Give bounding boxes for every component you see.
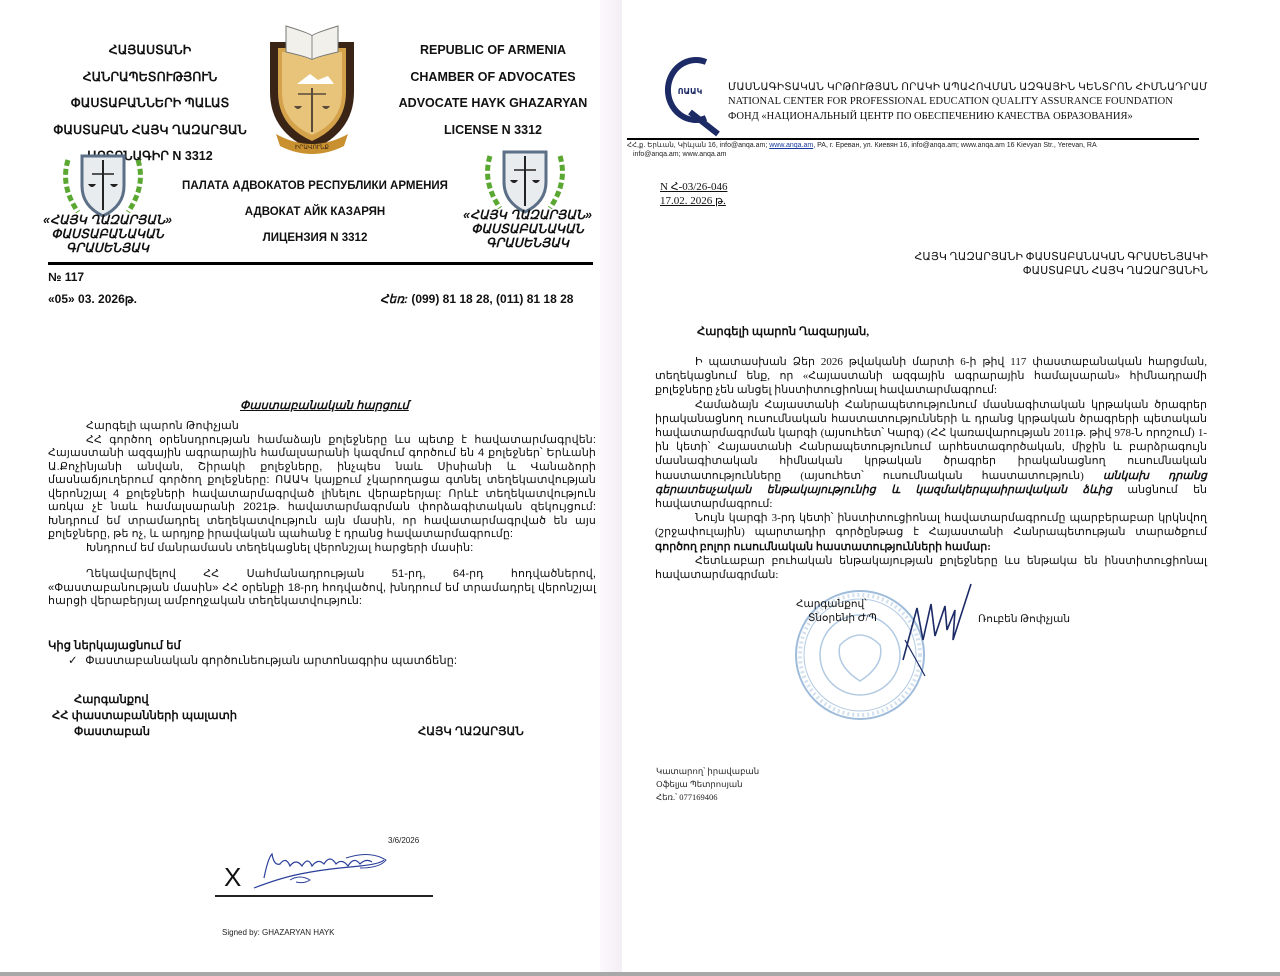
reference-date: 17.02. 2026 թ.	[660, 194, 727, 208]
org-name-russian: ФОНД «НАЦИОНАЛЬНЫЙ ЦЕНТР ПО ОБЕСПЕЧЕНИЮ …	[728, 111, 1133, 122]
salutation: Հարգելի պարոն Ղազարյան,	[697, 324, 869, 338]
recipient-block: ՀԱՅԿ ՂԱԶԱՐՅԱՆԻ ՓԱՍՏԱԲԱՆԱԿԱՆ ԳՐԱՍԵՆՅԱԿԻ Փ…	[788, 250, 1208, 278]
letter-body: Ի պատասխան Ձեր 2026 թվականի մարտի 6-ի թի…	[655, 355, 1207, 582]
paragraph: Խնդրում եմ մանրամասն տեղեկացնել վերոնշյա…	[48, 542, 596, 556]
signed-by-label: Signed by: GHAZARYAN HAYK	[222, 928, 335, 937]
paragraph: Համաձայն Հայաստանի Հանրապետությունում մա…	[655, 398, 1207, 512]
org-name-english: NATIONAL CENTER FOR PROFESSIONAL EDUCATI…	[728, 96, 1173, 107]
paragraph: Ի պատասխան Ձեր 2026 թվականի մարտի 6-ի թի…	[655, 355, 1207, 398]
reference-number: № 117	[48, 270, 84, 284]
esignature-date: 3/6/2026	[388, 836, 419, 845]
checkmark-icon: ✓	[68, 653, 82, 667]
letterhead-divider	[48, 262, 593, 265]
firm-name-left: «ՀԱՅԿ ՂԱԶԱՐՅԱՆ» ՓԱՍՏԱԲԱՆԱԿԱՆ ԳՐԱՍԵՆՅԱԿ	[35, 213, 180, 255]
paragraph: ՀՀ գործող օրենսդրության համաձայն քոլեջնե…	[48, 434, 596, 542]
letter-body: Հարգելի պարոն Թոփչյան ՀՀ գործող օրենսդրո…	[48, 420, 596, 609]
org-name-armenian: ՄԱՍՆԱԳԻՏԱԿԱՆ ԿՐԹՈՒԹՅԱՆ ՈՐԱԿԻ ԱՊԱՀՈՎՄԱՆ Ա…	[728, 81, 1208, 93]
closing-block: Հարգանքով ՀՀ փաստաբանների պալատի Փաստաբա…	[52, 692, 237, 740]
anqa-logo-icon: ՈԱԱԿ	[656, 52, 722, 138]
enclosure-title: Կից ներկայացնում եմ	[48, 638, 181, 652]
phone-numbers: Հեռ: (099) 81 18 28, (011) 81 18 28	[380, 292, 573, 306]
reference-block: N Հ-03/26-046 17.02. 2026 թ.	[660, 180, 727, 208]
enclosure-item: ✓ Փաստաբանական գործունեության արտոնագրիս…	[68, 653, 457, 667]
signer-name: ՀԱՅԿ ՂԱԶԱՐՅԱՆ	[418, 724, 524, 738]
closing-block: Հարգանքով՝ Տնօրենի Ժ/Պ	[796, 598, 877, 626]
esignature-x-mark: X	[224, 862, 241, 893]
reference-date: «05» 03. 2026թ.	[48, 292, 137, 306]
phone-label: Հեռ:	[380, 292, 408, 306]
reference-number: N Հ-03/26-046	[660, 180, 727, 194]
law-firm-shield-icon	[48, 150, 158, 222]
handwritten-signature-icon	[250, 848, 390, 892]
handwritten-signature-icon	[895, 580, 975, 680]
letterhead-divider	[627, 138, 1199, 140]
chamber-crest-icon: ԻՐԱՎՈՒՆՔ	[262, 22, 362, 158]
website-link[interactable]: www.anqa.am	[769, 142, 813, 149]
greeting: Հարգելի պարոն Թոփչյան	[48, 420, 596, 434]
paragraph: Հետևաբար բուհական ենթակայության քոլեջներ…	[655, 554, 1207, 582]
page-edge-shadow	[600, 0, 622, 972]
letter-subject: Փաստաբանական հարցում	[240, 398, 409, 412]
org-contacts: ՀՀ,ք. Երևան, Կիևյան 16, info@anqa.am; ww…	[627, 141, 1207, 159]
executor-block: Կատարող՝ իրավաբան Օֆելյա Պետրոսյան Հեռ.՝…	[656, 765, 759, 804]
svg-text:ՈԱԱԿ: ՈԱԱԿ	[678, 87, 703, 96]
phone-value: (099) 81 18 28, (011) 81 18 28	[411, 292, 573, 306]
window-bottom-border	[0, 972, 1280, 976]
svg-text:ԻՐԱՎՈՒՆՔ: ԻՐԱՎՈՒՆՔ	[295, 144, 329, 151]
signer-name: Ռուբեն Թոփչյան	[978, 613, 1070, 625]
signature-line	[215, 895, 433, 897]
firm-name-right: «ՀԱՅԿ ՂԱԶԱՐՅԱՆ» ՓԱՍՏԱԲԱՆԱԿԱՆ ԳՐԱՍԵՆՅԱԿ	[455, 208, 600, 250]
letterhead-english: REPUBLIC OF ARMENIA CHAMBER OF ADVOCATES…	[393, 37, 593, 143]
paragraph: Նույն կարգի 3-րդ կետի՝ ինստիտուցիոնալ հա…	[655, 511, 1207, 554]
letterhead-russian: ПАЛАТА АДВОКАТОВ РЕСПУБЛИКИ АРМЕНИЯ АДВО…	[170, 173, 460, 251]
paragraph: Ղեկավարվելով ՀՀ Սահմանադրության 51-րդ, 6…	[48, 568, 596, 609]
